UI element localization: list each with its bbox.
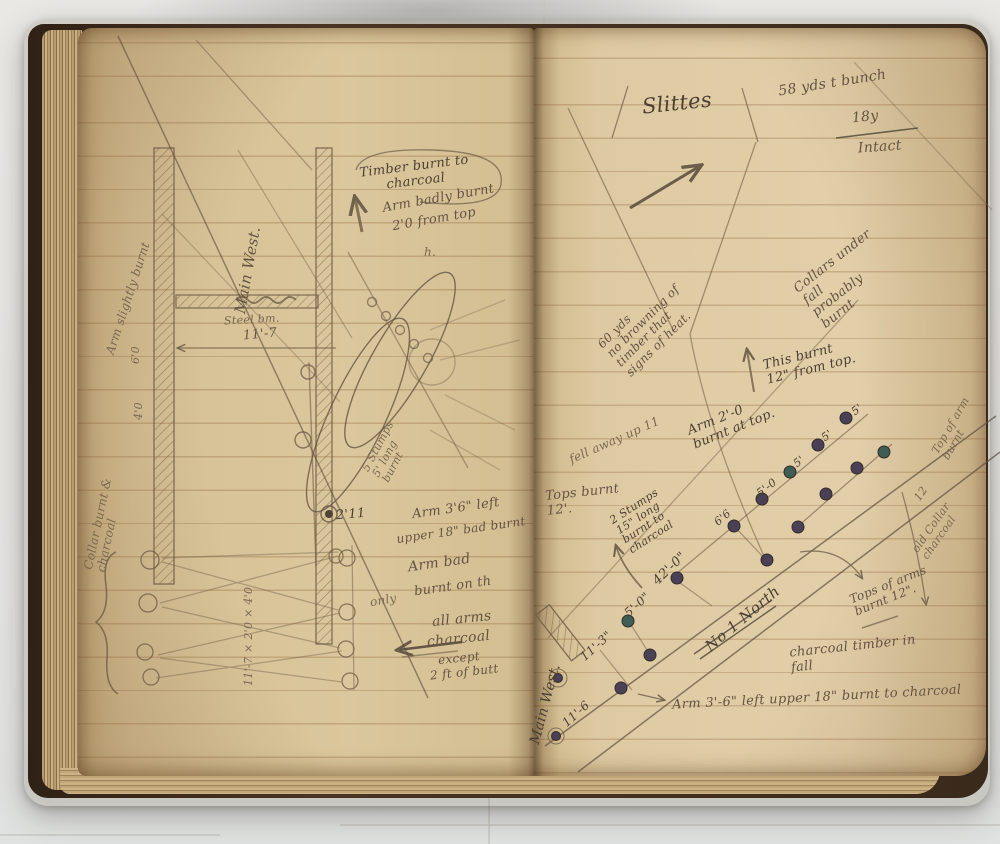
dim-6-0: 6'0 <box>130 346 142 364</box>
dim-4-0: 4'0 <box>133 402 145 420</box>
label-h: h. <box>424 246 436 259</box>
tile-seam <box>340 824 1000 826</box>
dim-2-11: 2'11 <box>335 507 366 524</box>
page-edge-stack-left <box>42 30 82 790</box>
tile-seam <box>0 834 220 836</box>
note-18y: 18y <box>851 109 879 127</box>
dim-11-7: 11'-7 <box>242 327 277 344</box>
notebook-photo: { "colors": { "background_tile": "#e7e6e… <box>0 0 1000 844</box>
dim-11-7-x-2-0-x-4-0: 11'-7 × 2'0 × 4'0 <box>243 587 255 686</box>
note-intact: Intact <box>858 138 903 157</box>
